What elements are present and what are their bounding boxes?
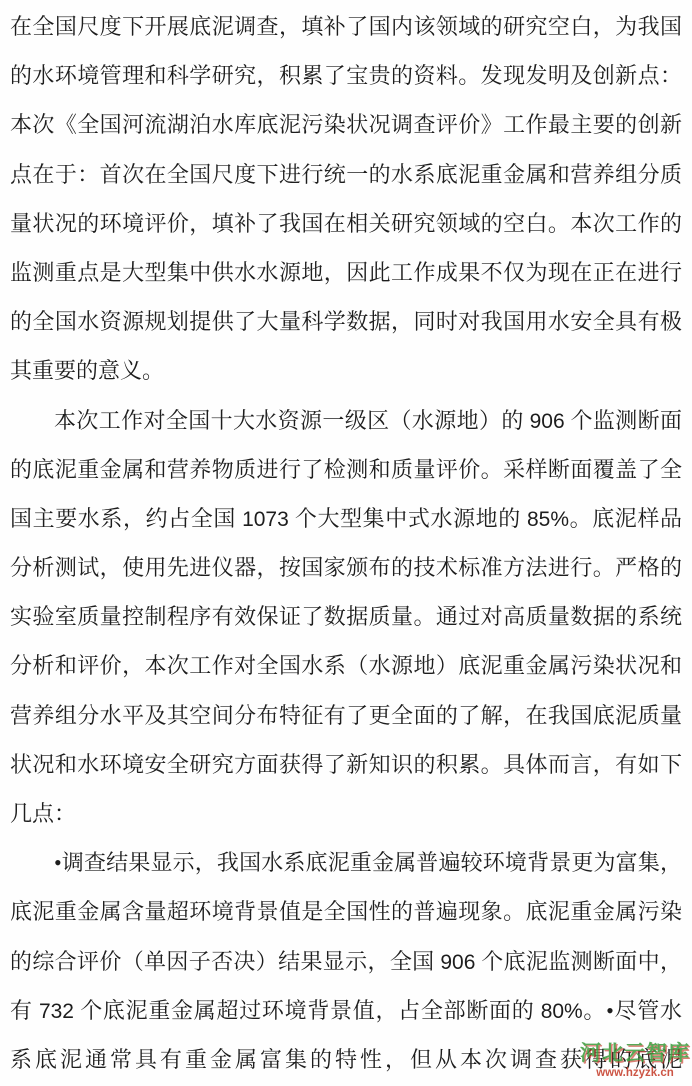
text-line: 点在于：首次在全国尺度下进行统一的水系底泥重金属和营养组分质 <box>10 150 682 199</box>
text-line: 实验室质量控制程序有效保证了数据质量。通过对高质量数据的系统 <box>10 592 682 641</box>
document-page: 在全国尺度下开展底泥调查，填补了国内该领域的研究空白，为我国 的水环境管理和科学… <box>0 0 692 1086</box>
text-line: •调查结果显示，我国水系底泥重金属普遍较环境背景更为富集， <box>10 838 682 887</box>
text-line: 在全国尺度下开展底泥调查，填补了国内该领域的研究空白，为我国 <box>10 2 682 51</box>
document-body: 在全国尺度下开展底泥调查，填补了国内该领域的研究空白，为我国 的水环境管理和科学… <box>10 0 682 1084</box>
text-line: 本次工作对全国十大水资源一级区（水源地）的 906 个监测断面 <box>10 396 682 445</box>
text-line: 监测重点是大型集中供水水源地，因此工作成果不仅为现在正在进行 <box>10 248 682 297</box>
text-line: 的全国水资源规划提供了大量科学数据，同时对我国用水安全具有极 <box>10 297 682 346</box>
text-line: 国主要水系，约占全国 1073 个大型集中式水源地的 85%。底泥样品 <box>10 494 682 543</box>
text-line: 的综合评价（单因子否决）结果显示，全国 906 个底泥监测断面中， <box>10 937 682 986</box>
text-line: 分析和评价，本次工作对全国水系（水源地）底泥重金属污染状况和 <box>10 641 682 690</box>
text-line: 的水环境管理和科学研究，积累了宝贵的资料。发现发明及创新点： <box>10 51 682 100</box>
text-line: 量状况的环境评价，填补了我国在相关研究领域的空白。本次工作的 <box>10 199 682 248</box>
text-line: 有 732 个底泥重金属超过环境背景值，占全部断面的 80%。•尽管水 <box>10 986 682 1035</box>
text-line: 分析测试，使用先进仪器，按国家颁布的技术标准方法进行。严格的 <box>10 543 682 592</box>
text-line: 底泥重金属含量超环境背景值是全国性的普遍现象。底泥重金属污染 <box>10 887 682 936</box>
text-line: 营养组分水平及其空间分布特征有了更全面的了解，在我国底泥质量 <box>10 691 682 740</box>
text-line: 状况和水环境安全研究方面获得了新知识的积累。具体而言，有如下 <box>10 740 682 789</box>
text-line: 系底泥通常具有重金属富集的特性，但从本次调查获得的底泥 <box>10 1035 682 1084</box>
text-line: 其重要的意义。 <box>10 346 682 395</box>
text-line: 几点： <box>10 789 682 838</box>
text-line: 本次《全国河流湖泊水库底泥污染状况调查评价》工作最主要的创新 <box>10 100 682 149</box>
text-line: 的底泥重金属和营养物质进行了检测和质量评价。采样断面覆盖了全 <box>10 445 682 494</box>
